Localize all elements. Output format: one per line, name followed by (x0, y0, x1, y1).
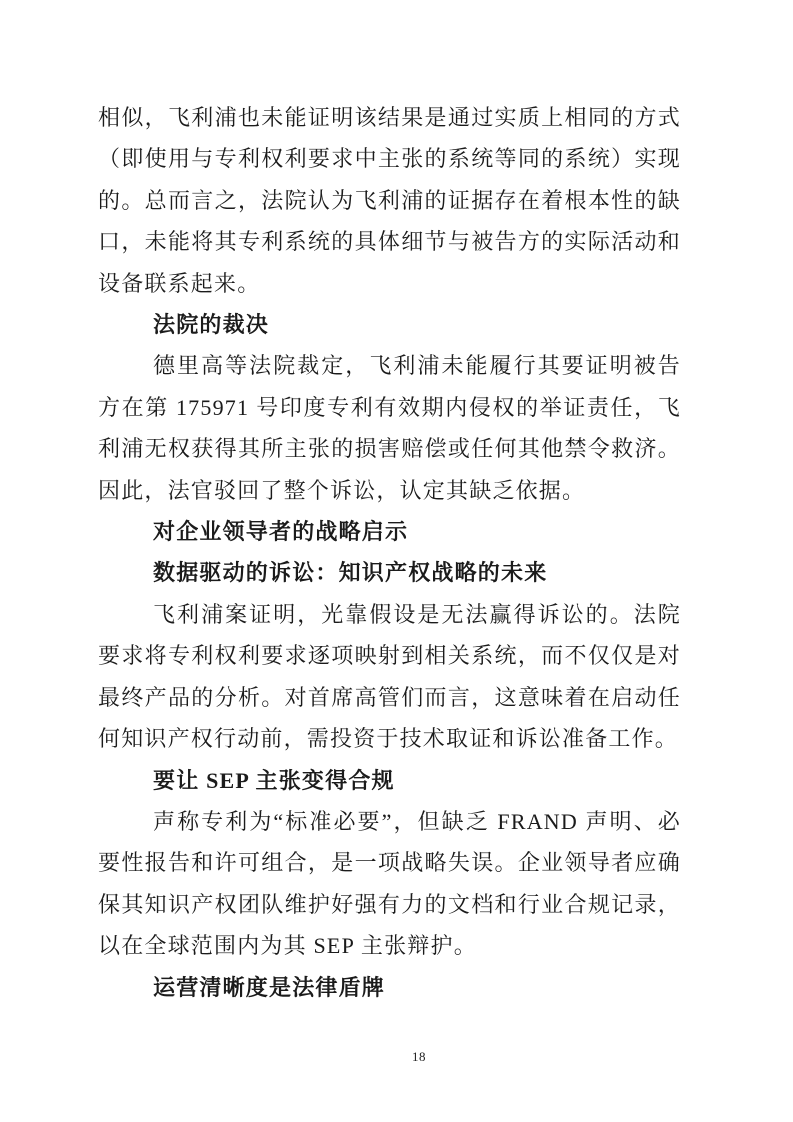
document-page: 相似，飞利浦也未能证明该结果是通过实质上相同的方式（即使用与专利权利要求中主张的… (0, 0, 793, 1122)
body-paragraph: 相似，飞利浦也未能证明该结果是通过实质上相同的方式（即使用与专利权利要求中主张的… (98, 97, 681, 304)
section-heading-data-driven-litigation: 数据驱动的诉讼：知识产权战略的未来 (98, 552, 681, 593)
body-paragraph: 飞利浦案证明，光靠假设是无法赢得诉讼的。法院要求将专利权利要求逐项映射到相关系统… (98, 594, 681, 760)
section-heading-strategic-implications: 对企业领导者的战略启示 (98, 511, 681, 552)
section-heading-sep-compliance: 要让 SEP 主张变得合规 (98, 760, 681, 801)
document-body: 相似，飞利浦也未能证明该结果是通过实质上相同的方式（即使用与专利权利要求中主张的… (98, 97, 681, 1008)
body-paragraph: 德里高等法院裁定，飞利浦未能履行其要证明被告方在第 175971 号印度专利有效… (98, 345, 681, 511)
page-number: 18 (399, 1049, 439, 1065)
section-heading-operational-clarity: 运营清晰度是法律盾牌 (98, 967, 681, 1008)
section-heading-court-ruling: 法院的裁决 (98, 304, 681, 345)
body-paragraph: 声称专利为“标准必要”，但缺乏 FRAND 声明、必要性报告和许可组合，是一项战… (98, 801, 681, 967)
